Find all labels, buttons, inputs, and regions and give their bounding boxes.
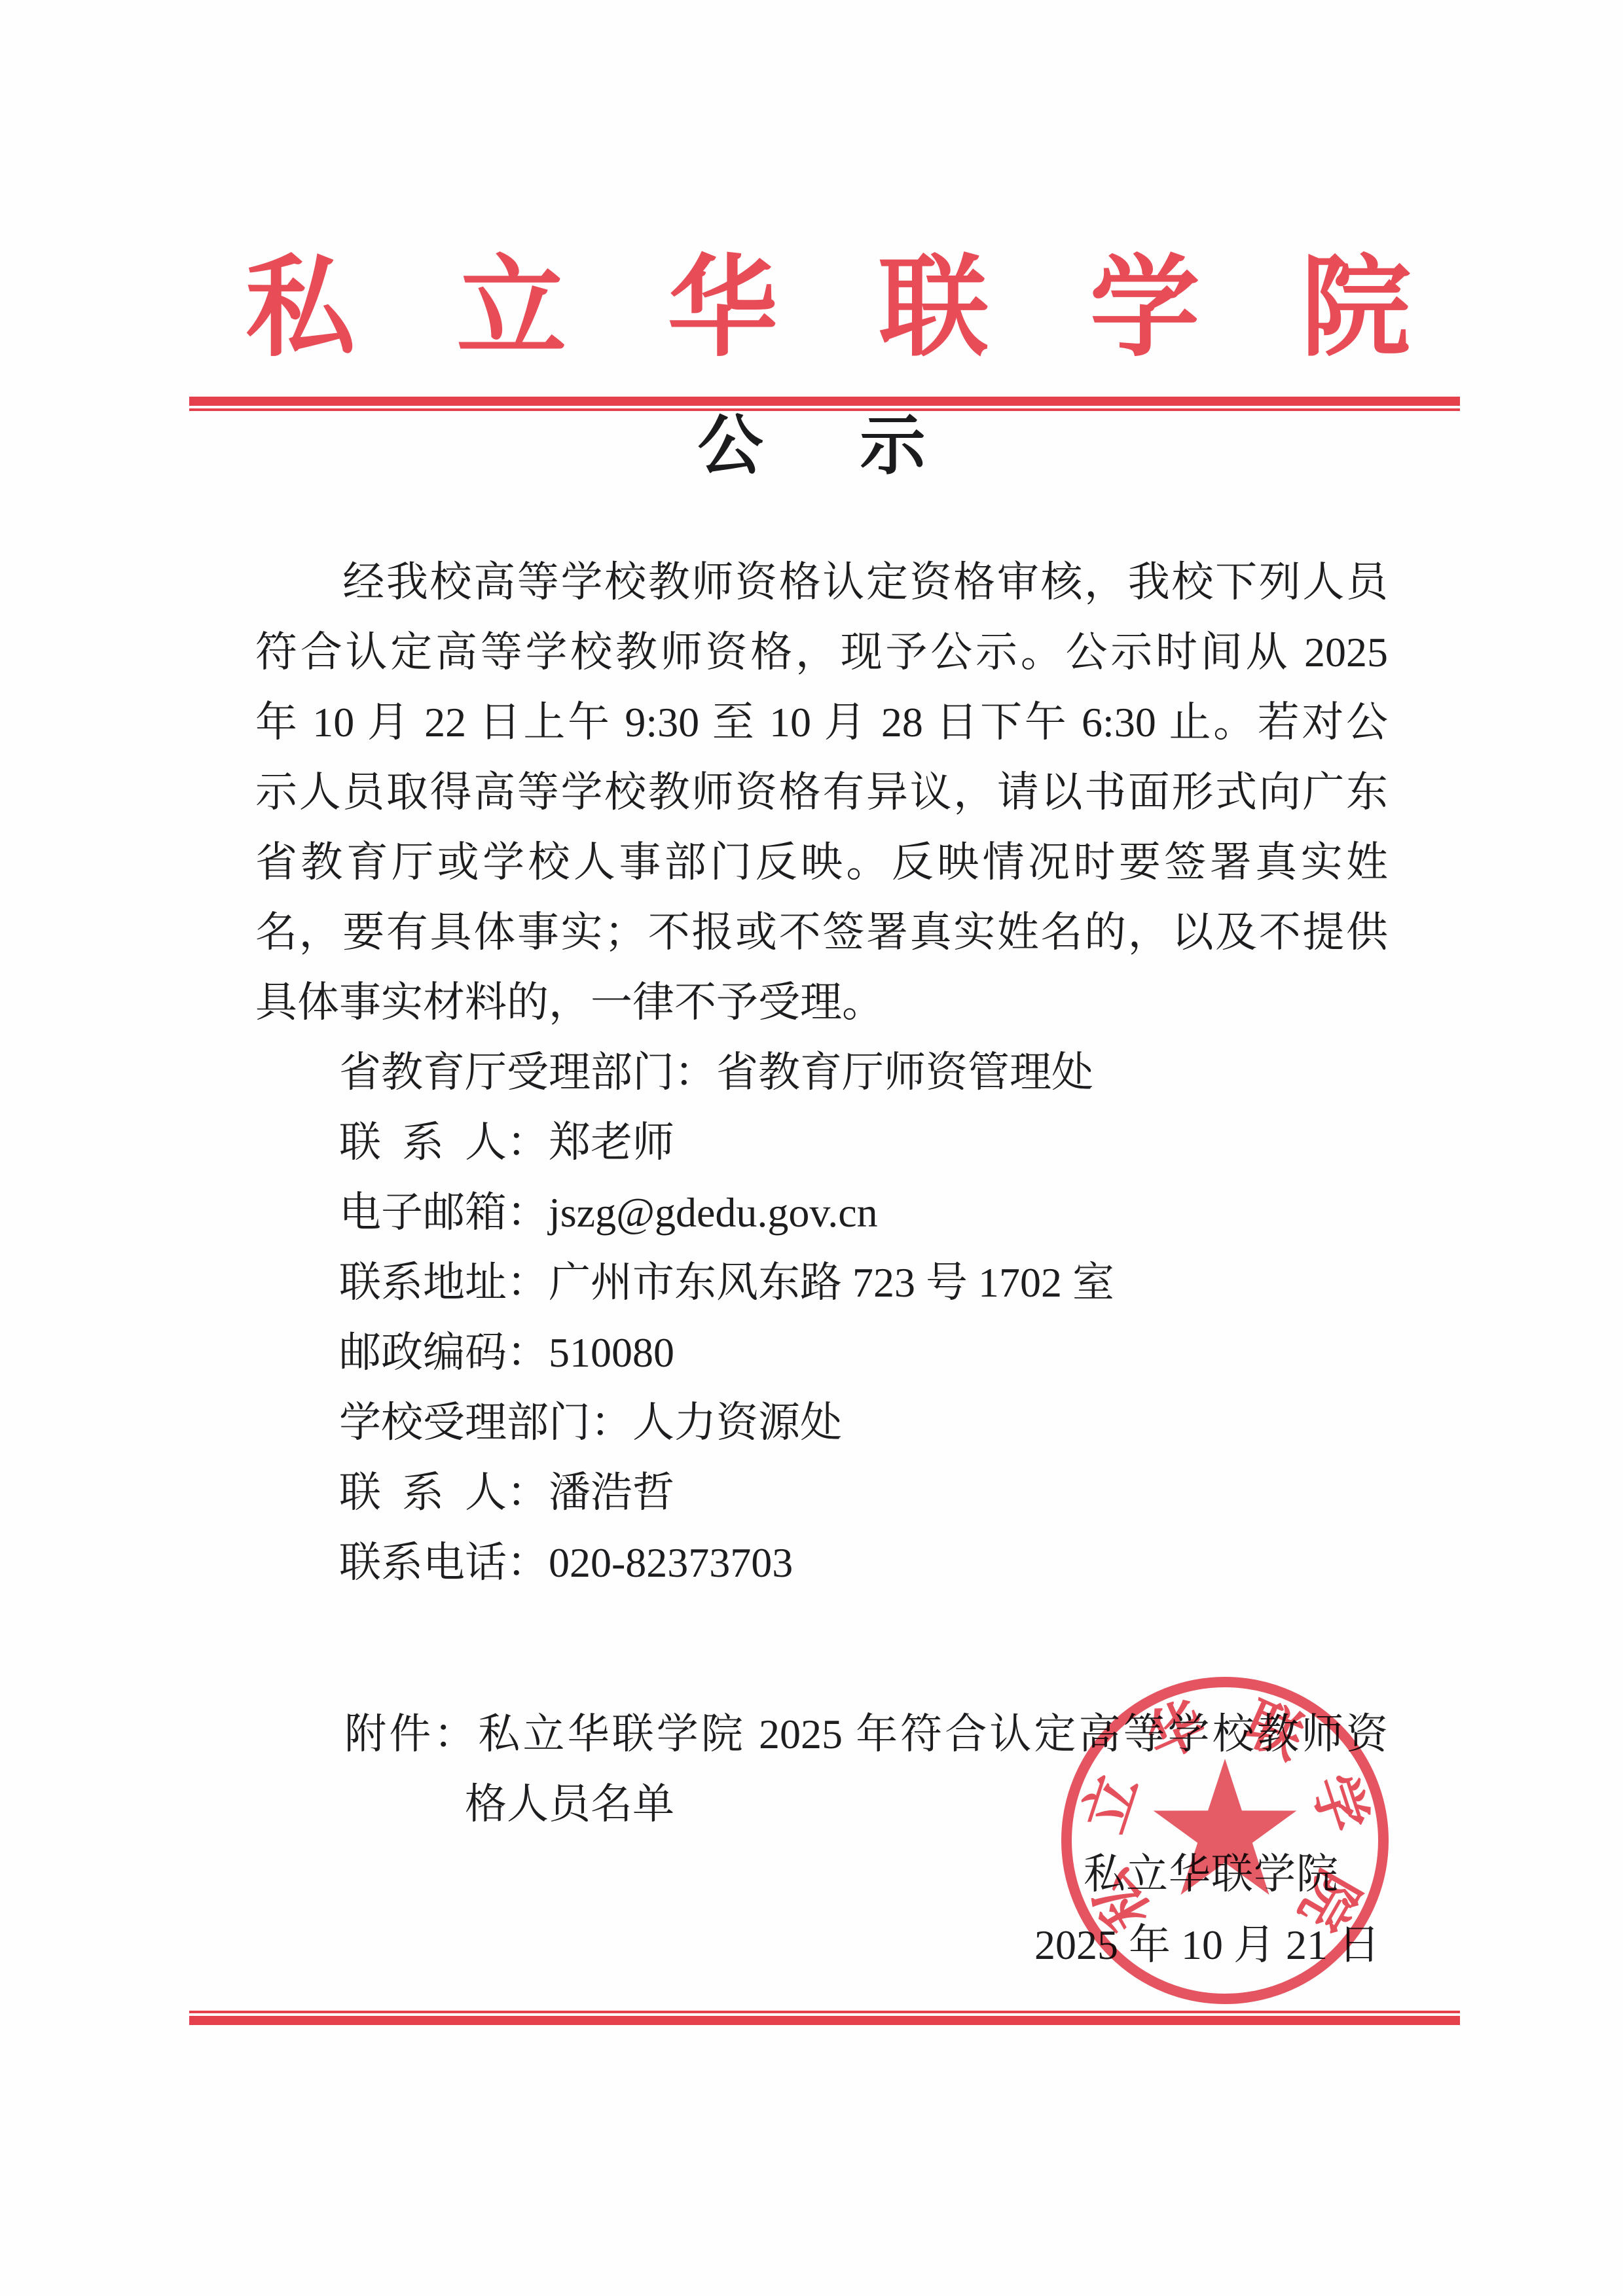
- title-char: 公: [698, 411, 763, 482]
- rule-thick-line: [189, 397, 1460, 406]
- scanned-notice-page: 私 立 华 联 学 院 公 示 经我校高等学校教师资格认定资格审核，我校下列人员…: [0, 0, 1623, 2296]
- signature-date: 2025 年 10 月 21 日: [1034, 1911, 1380, 1979]
- contact-line-province-person: 联 系 人：郑老师: [255, 1107, 1388, 1177]
- body-line: 示人员取得高等学校教师资格有异议，请以书面形式向广东: [255, 757, 1388, 827]
- contact-line-email: 电子邮箱：jszg@gdedu.gov.cn: [255, 1177, 1388, 1247]
- letterhead-char: 华: [668, 254, 778, 364]
- contact-line-address: 联系地址：广州市东风东路 723 号 1702 室: [255, 1247, 1388, 1318]
- notice-body: 经我校高等学校教师资格认定资格审核，我校下列人员 符合认定高等学校教师资格，现予…: [255, 547, 1388, 1598]
- body-line: 具体事实材料的，一律不予受理。: [255, 967, 1388, 1037]
- top-double-rule: [189, 397, 1460, 411]
- body-line: 省教育厅或学校人事部门反映。反映情况时要签署真实姓: [255, 827, 1388, 897]
- rule-thick-line: [189, 2016, 1460, 2025]
- body-line: 年 10 月 22 日上午 9:30 至 10 月 28 日下午 6:30 止。…: [255, 687, 1388, 757]
- letterhead-char: 联: [879, 254, 989, 364]
- attachment-line: 格人员名单: [255, 1769, 1388, 1839]
- contact-line-postcode: 邮政编码：510080: [255, 1318, 1388, 1388]
- letterhead-char: 院: [1301, 254, 1411, 364]
- letterhead-title: 私 立 华 联 学 院: [246, 254, 1411, 364]
- signature-organization: 私立华联学院: [1084, 1840, 1339, 1909]
- body-line: 经我校高等学校教师资格认定资格审核，我校下列人员: [255, 547, 1388, 617]
- attachment-note: 附件：私立华联学院 2025 年符合认定高等学校教师资 格人员名单: [255, 1699, 1388, 1839]
- letterhead-char: 学: [1090, 254, 1200, 364]
- contact-line-phone: 联系电话：020-82373703: [255, 1528, 1388, 1598]
- bottom-double-rule: [189, 2011, 1460, 2025]
- title-char: 示: [860, 411, 926, 482]
- document-title: 公 示: [0, 411, 1623, 482]
- body-line: 符合认定高等学校教师资格，现予公示。公示时间从 2025: [255, 617, 1388, 687]
- letterhead-char: 私: [246, 254, 356, 364]
- contact-line-province-department: 省教育厅受理部门：省教育厅师资管理处: [255, 1037, 1388, 1107]
- letterhead-char: 立: [456, 254, 566, 364]
- attachment-line: 附件：私立华联学院 2025 年符合认定高等学校教师资: [255, 1699, 1388, 1769]
- body-line: 名，要有具体事实；不报或不签署真实姓名的，以及不提供: [255, 897, 1388, 967]
- contact-line-school-person: 联 系 人：潘浩哲: [255, 1458, 1388, 1528]
- contact-line-school-department: 学校受理部门：人力资源处: [255, 1388, 1388, 1458]
